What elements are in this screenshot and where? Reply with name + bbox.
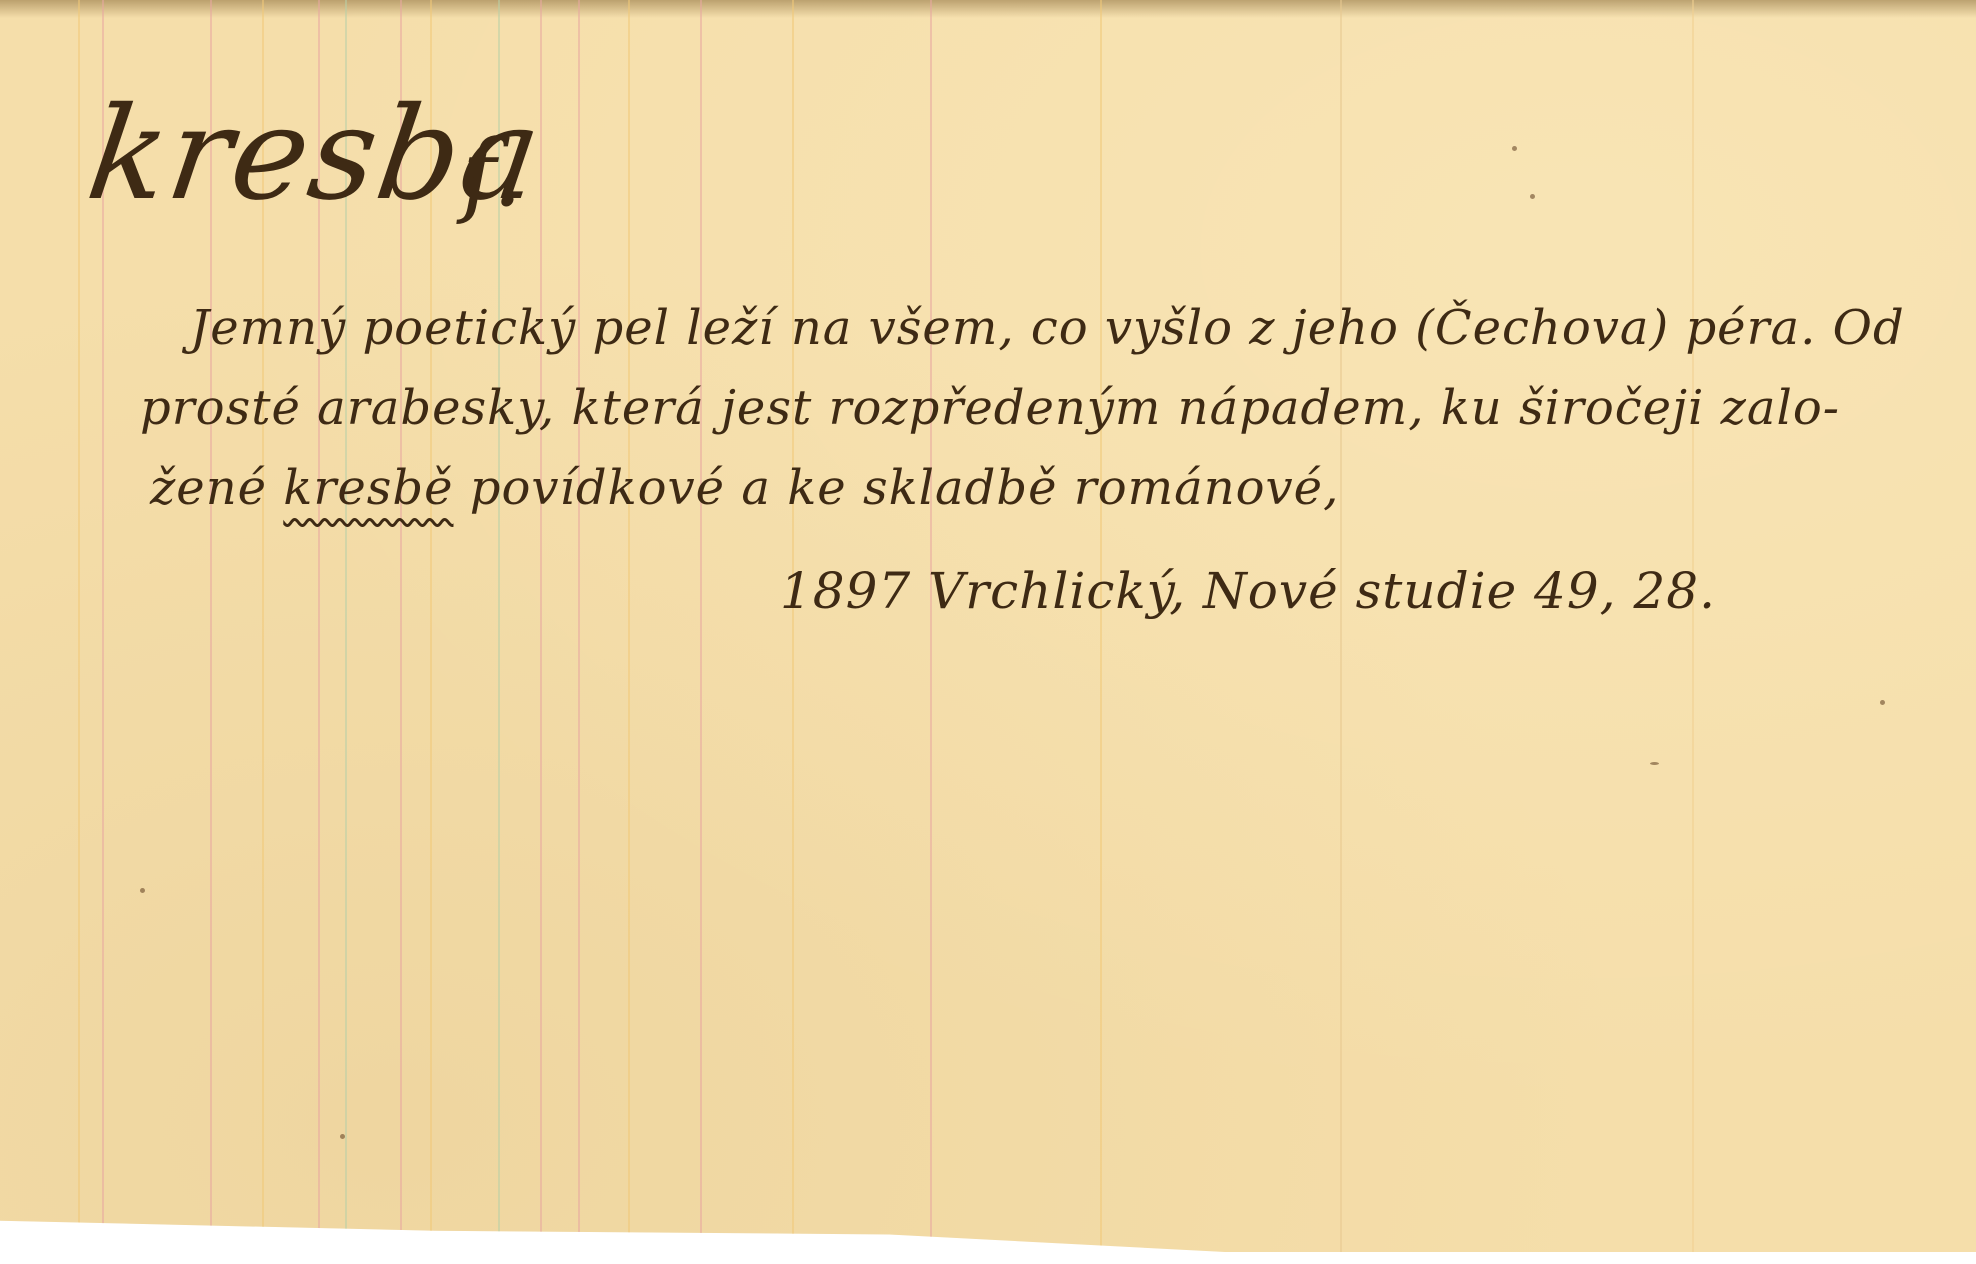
quote-line-2: prosté arabesky, která jest rozpředeným … xyxy=(140,380,1840,436)
ruled-line xyxy=(578,0,580,1252)
quote-text: Jemný poetický pel leží na všem, co vyšl… xyxy=(190,300,1905,356)
ruled-line xyxy=(78,0,80,1252)
quote-text: žené xyxy=(150,460,267,516)
source-citation: 1897 Vrchlický, Nové studie 49, 28. xyxy=(780,562,1716,620)
part-of-speech: f. xyxy=(462,120,522,227)
ruled-line xyxy=(628,0,630,1252)
quote-line-3: žené kresbě povídkové a ke skladbě román… xyxy=(150,460,1339,516)
ruled-line xyxy=(1692,0,1694,1252)
ruled-line xyxy=(700,0,702,1252)
card-top-shadow xyxy=(0,0,1976,18)
highlighted-headword: kresbě xyxy=(283,460,453,516)
ruled-line xyxy=(930,0,932,1252)
ruled-line xyxy=(1340,0,1342,1252)
ruled-line xyxy=(540,0,542,1252)
paper-speck xyxy=(1880,700,1885,705)
quote-line-1: Jemný poetický pel leží na všem, co vyšl… xyxy=(190,300,1905,356)
paper-speck xyxy=(1512,146,1517,151)
paper-speck xyxy=(1530,194,1535,199)
paper-speck xyxy=(140,888,145,893)
ruled-line xyxy=(1100,0,1102,1252)
quote-text: prosté arabesky, která jest rozpředeným … xyxy=(140,380,1840,436)
quote-text: povídkové a ke skladbě románové, xyxy=(470,460,1340,516)
paper-speck xyxy=(1650,762,1659,765)
paper-speck xyxy=(340,1134,345,1139)
ruled-line xyxy=(792,0,794,1252)
lexicon-card: kresba f. Jemný poetický pel leží na vše… xyxy=(0,0,1976,1252)
